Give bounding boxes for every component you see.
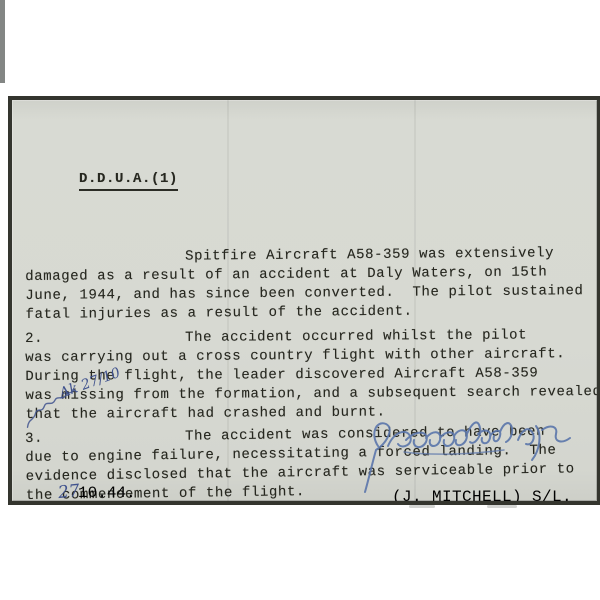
paragraph-number: 2. (25, 330, 43, 349)
typed-line: fatal injuries as a result of the accide… (25, 301, 597, 325)
scan-smudge (409, 505, 435, 508)
typed-date: 10.44. (78, 484, 136, 502)
signature-typed-block: (J. MITCHELL) S/L. S.A.1. (392, 452, 572, 505)
paragraph: Spitfire Aircraft A58-359 was extensivel… (25, 244, 598, 325)
scan-smudge (487, 505, 517, 508)
date-line: 2710.44. (20, 464, 136, 505)
document-reference-heading: D.D.U.A.(1) (79, 170, 178, 191)
document-sheet: D.D.U.A.(1) Spitfire Aircraft A58-359 wa… (8, 96, 600, 505)
scanner-edge-artifact (0, 0, 5, 83)
signatory-name-line: (J. MITCHELL) S/L. (392, 488, 572, 505)
scanned-page: { "scan": { "background": "#ffffff", "pa… (0, 0, 600, 600)
handwritten-day: 27 (57, 481, 81, 503)
